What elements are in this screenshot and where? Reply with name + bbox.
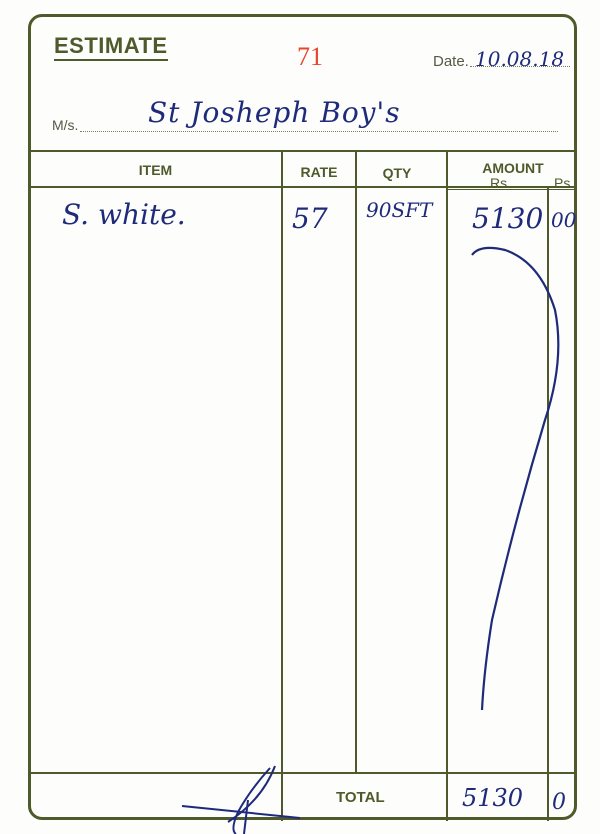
- cancel-stroke: [472, 248, 558, 710]
- ink-strokes: [0, 0, 600, 834]
- signature-stroke: [182, 766, 300, 834]
